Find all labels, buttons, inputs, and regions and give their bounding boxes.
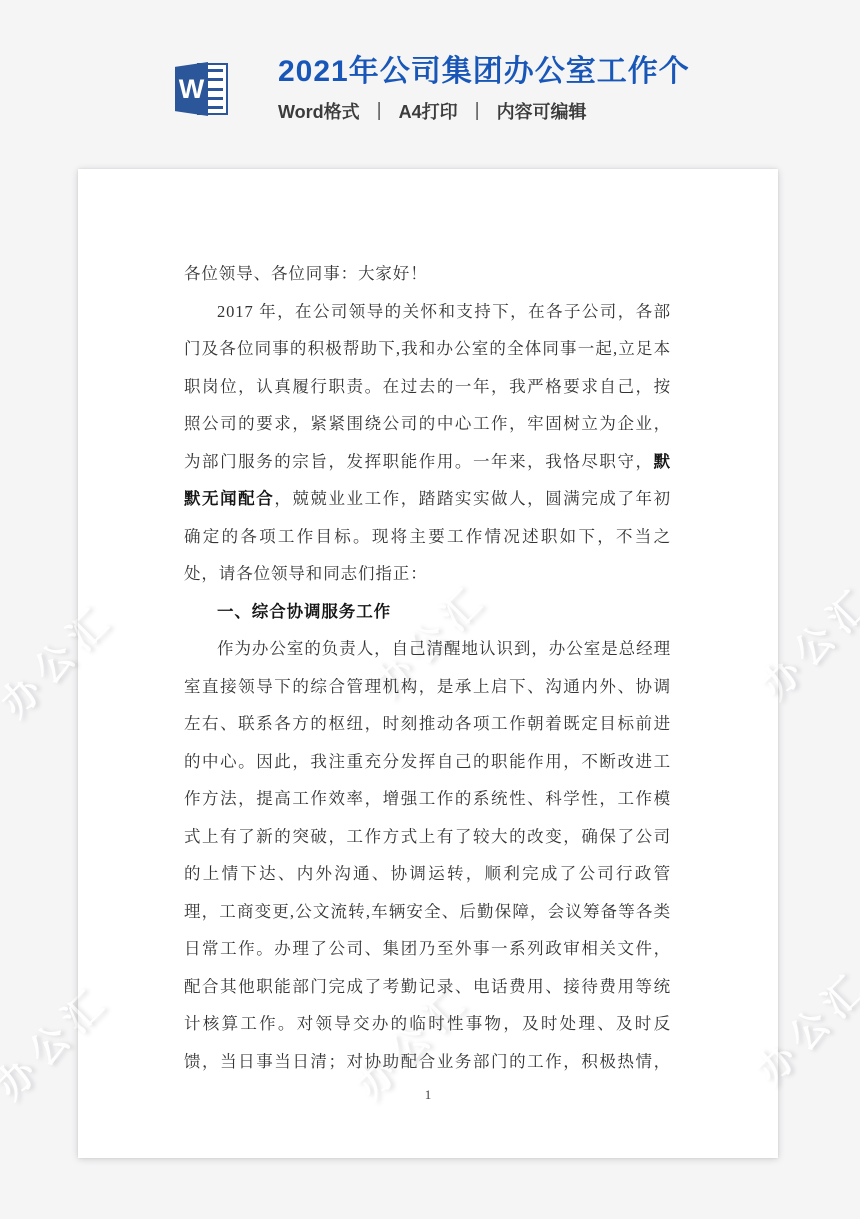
word-icon-text-line — [206, 78, 223, 81]
format-badges: Word格式|A4打印|内容可编辑 — [278, 98, 690, 124]
document-page: 办公汇办公汇办公汇办公汇办公汇办公汇 各位领导、各位同事：大家好！2017 年，… — [78, 169, 778, 1158]
page-number: 1 — [78, 1087, 778, 1103]
word-icon-text-line — [206, 88, 223, 91]
header-text: 2021年公司集团办公室工作个 Word格式|A4打印|内容可编辑 — [278, 55, 690, 124]
watermark: 办公汇 — [741, 956, 778, 1095]
header: W 2021年公司集团办公室工作个 Word格式|A4打印|内容可编辑 — [0, 0, 860, 168]
watermark: 办公汇 — [746, 571, 778, 710]
document-body: 各位领导、各位同事：大家好！2017 年，在公司领导的关怀和支持下，在各子公司，… — [184, 169, 671, 1084]
badge-separator: | — [475, 100, 480, 122]
word-icon-text-line — [206, 106, 223, 109]
watermark: 办公汇 — [78, 589, 124, 728]
document-paragraph: 各位领导、各位同事：大家好！ — [184, 255, 671, 293]
section-heading: 一、综合协调服务工作 — [184, 593, 671, 631]
word-icon-letter: W — [179, 76, 204, 103]
word-icon-text-line — [206, 69, 223, 72]
word-icon: W — [175, 60, 228, 118]
word-icon-text-line — [206, 97, 223, 100]
format-badge: Word格式 — [278, 98, 360, 124]
format-badge: 内容可编辑 — [497, 98, 587, 124]
document-paragraph: 作为办公室的负责人，自己清醒地认识到，办公室是总经理室直接领导下的综合管理机构，… — [184, 630, 671, 1084]
word-icon-flag: W — [175, 62, 208, 116]
format-badge: A4打印 — [399, 98, 458, 124]
document-title: 2021年公司集团办公室工作个 — [278, 55, 690, 89]
document-paragraph: 2017 年，在公司领导的关怀和支持下，在各子公司，各部门及各位同事的积极帮助下… — [184, 293, 671, 593]
badge-separator: | — [377, 100, 382, 122]
